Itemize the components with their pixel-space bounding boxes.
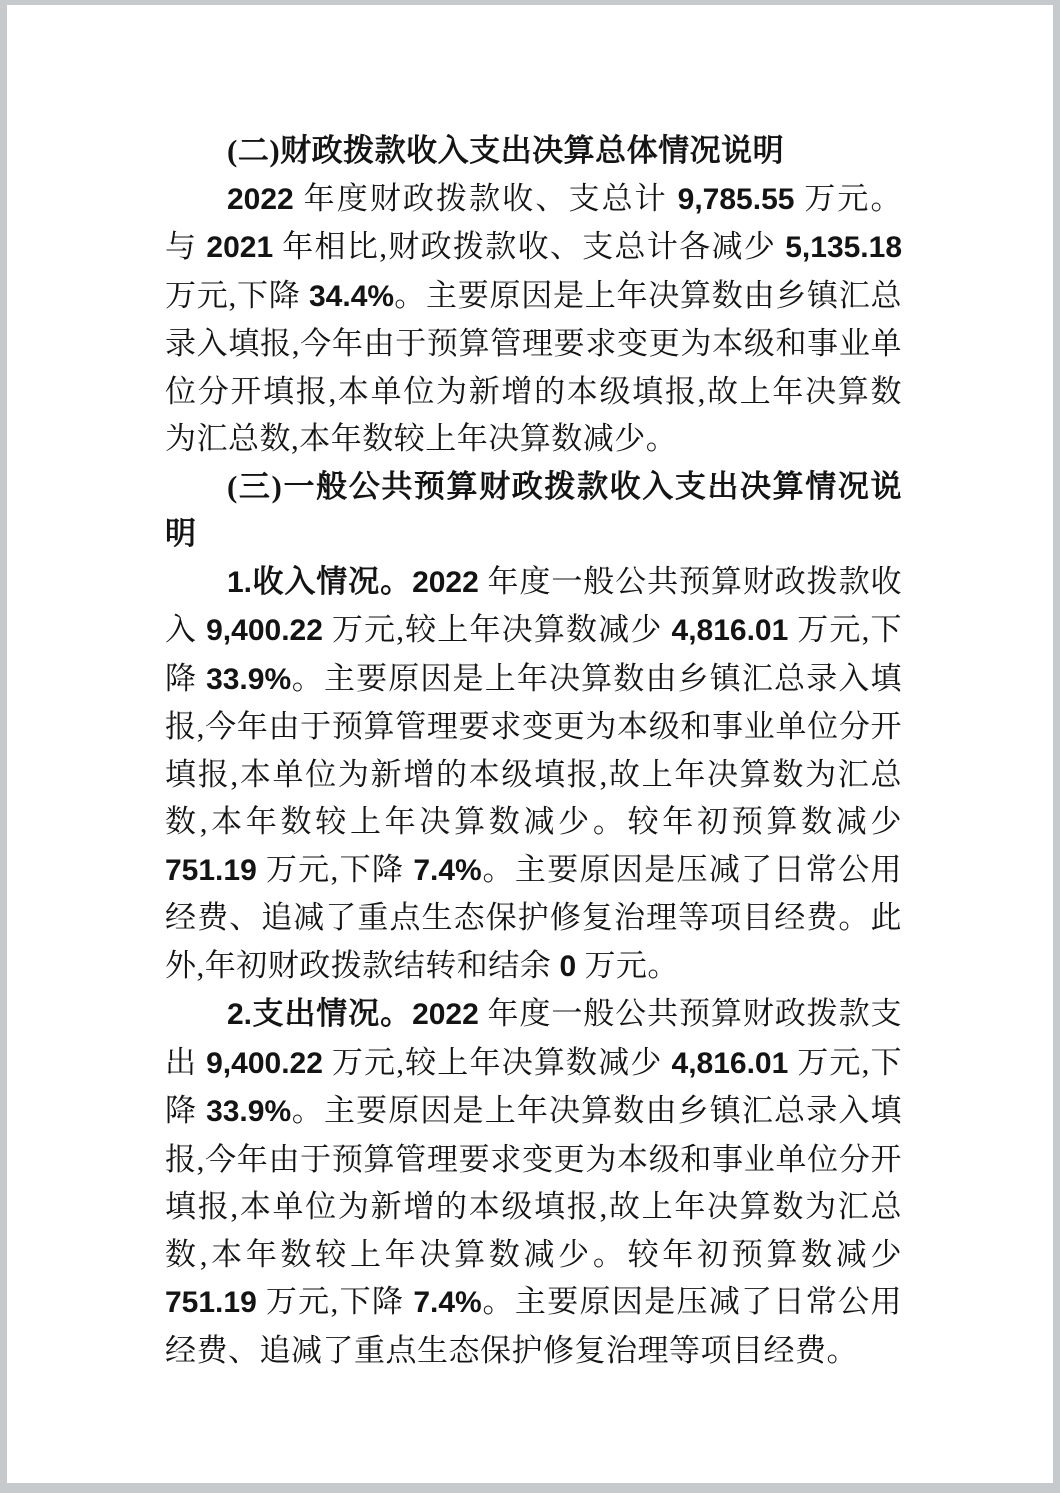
numeric-value: 7.4% [413, 1286, 481, 1319]
paragraph-lead: 2.支出情况。 [227, 996, 412, 1031]
body-paragraph: 2022 年度财政拨款收、支总计 9,785.55 万元。与 2021 年相比,… [165, 175, 902, 463]
body-paragraph: 2.支出情况。2022 年度一般公共预算财政拨款支出 9,400.22 万元,较… [165, 990, 902, 1374]
numeric-value: 33.9% [206, 1095, 291, 1128]
document-content: (二)财政拨款收入支出决算总体情况说明2022 年度财政拨款收、支总计 9,78… [165, 127, 902, 1374]
numeric-value: 4,816.01 [672, 1047, 789, 1080]
numeric-value: 33.9% [206, 663, 291, 696]
numeric-value: 0 [560, 950, 577, 983]
numeric-value: 2. [227, 998, 252, 1031]
numeric-value: 2022 [412, 566, 479, 599]
body-paragraph: 1.收入情况。2022 年度一般公共预算财政拨款收入 9,400.22 万元,较… [165, 558, 902, 991]
numeric-value: 5,135.18 [785, 231, 902, 264]
numeric-value: 9,400.22 [206, 1047, 323, 1080]
numeric-value: 7.4% [413, 854, 481, 887]
numeric-value: 9,785.55 [678, 183, 795, 216]
numeric-value: 751.19 [165, 854, 257, 887]
numeric-value: 2022 [227, 183, 294, 216]
numeric-value: 2022 [412, 998, 479, 1031]
numeric-value: 1. [227, 566, 252, 599]
numeric-value: 9,400.22 [206, 614, 323, 647]
numeric-value: 2021 [206, 231, 273, 264]
paragraph-lead: 1.收入情况。 [227, 564, 412, 599]
numeric-value: 4,816.01 [672, 614, 789, 647]
numeric-value: 34.4% [309, 280, 394, 313]
numeric-value: 751.19 [165, 1286, 257, 1319]
document-page: (二)财政拨款收入支出决算总体情况说明2022 年度财政拨款收、支总计 9,78… [7, 5, 1053, 1483]
section-heading: (二)财政拨款收入支出决算总体情况说明 [165, 127, 902, 175]
section-heading: (三)一般公共预算财政拨款收入支出决算情况说明 [165, 463, 902, 558]
